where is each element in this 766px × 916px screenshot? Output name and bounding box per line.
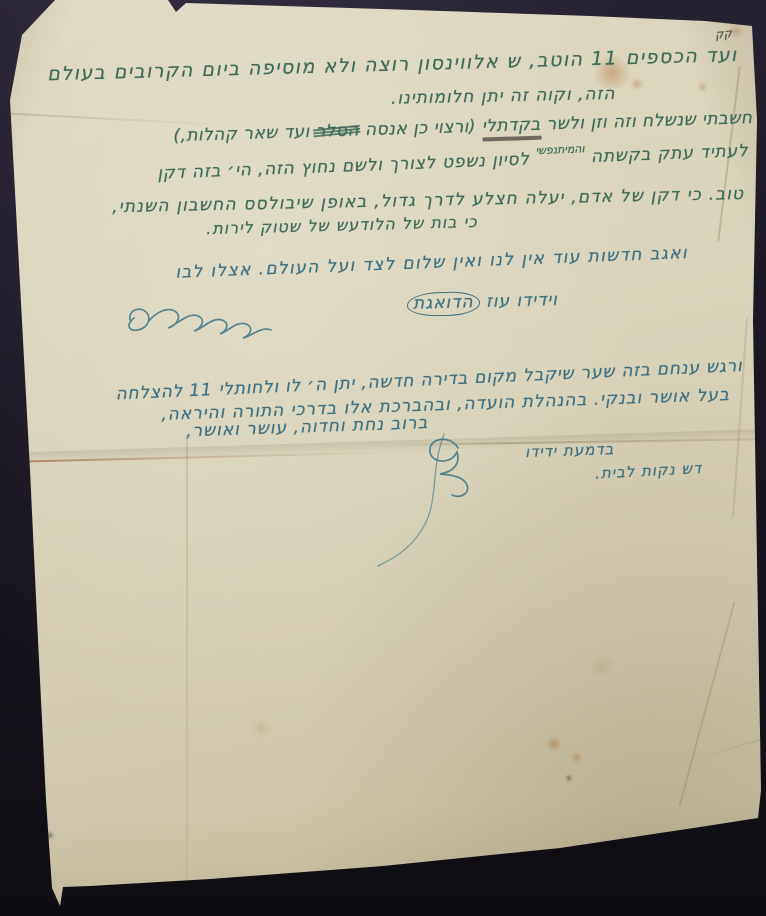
rust-stain [545, 737, 563, 751]
photo-background: קק ועד הכספים 11 הוטב, ש אלווינסון רוצה … [0, 0, 766, 916]
line-3-text: (ורצוי כן אנסה [358, 117, 482, 141]
handwriting-line-12: בדמעת ידידו [524, 440, 614, 461]
handwriting-line-13: דש נקות לבית. [595, 459, 703, 483]
bottom-right-crease [687, 723, 766, 763]
horizontal-fold-crease-left [0, 451, 420, 463]
tan-stain [250, 720, 272, 736]
dark-speck [46, 832, 54, 839]
line-4-text: לעתיד עתק בקשתה [584, 141, 748, 167]
line-3-text: ועד שאר קהלות,) [173, 122, 316, 146]
tan-stain [588, 656, 616, 676]
struck-out-word: הסלר [315, 120, 359, 141]
handwriting-line-6: כי בות של הלודעש של שטוק לירות. [206, 212, 478, 238]
inserted-word-above-line: והמיתנפשי [535, 142, 584, 157]
right-edge-wrinkle [732, 318, 748, 518]
line-3-text: חשבתי שנשלח וזה וזן ולשר [540, 108, 752, 135]
handwriting-line-2: הזה, וקוה זה יתן חלומותינו. [391, 84, 616, 109]
right-edge-wrinkle [679, 601, 736, 806]
handwriting-line-5: טוב. כי דקן של אדם, יעלה חצלע לדרך גדול,… [112, 184, 745, 217]
circled-word: הדואגת [407, 291, 480, 317]
handwriting-line-3: חשבתי שנשלח וזה וזן ולשר בקדתלי (ורצוי כ… [173, 108, 753, 146]
handwriting-line-7: ואגב חדשות עוד אין לנו ואין שלום לצד ועל… [175, 243, 688, 283]
line-4-text: לסיון נשפט לצורך ולשם נחוץ הזה, הי׳ בזה … [157, 149, 536, 184]
handwriting-line-4: לעתיד עתק בקשתה והמיתנפשי לסיון נשפט לצו… [157, 141, 749, 184]
handwriting-line-1: ועד הכספים 11 הוטב, ש אלווינסון רוצה ולא… [47, 44, 738, 85]
rust-stain [630, 78, 644, 90]
rust-stain [581, 4, 590, 12]
line-8-text: וידידו עוז [479, 290, 558, 312]
underlined-word: בקדתלי [481, 115, 541, 142]
corner-mark: קק [714, 26, 732, 42]
signature-flourish [358, 420, 488, 570]
dark-speck [566, 775, 572, 781]
rust-stain [697, 82, 708, 92]
vertical-fold-crease [186, 438, 188, 904]
rust-stain [570, 752, 583, 763]
top-left-crease [0, 112, 232, 127]
handwriting-line-8: וידידו עוז הדואגת [407, 289, 559, 317]
signature-scrawl [122, 280, 287, 342]
letter-paper: קק ועד הכספים 11 הוטב, ש אלווינסון רוצה … [0, 0, 766, 916]
